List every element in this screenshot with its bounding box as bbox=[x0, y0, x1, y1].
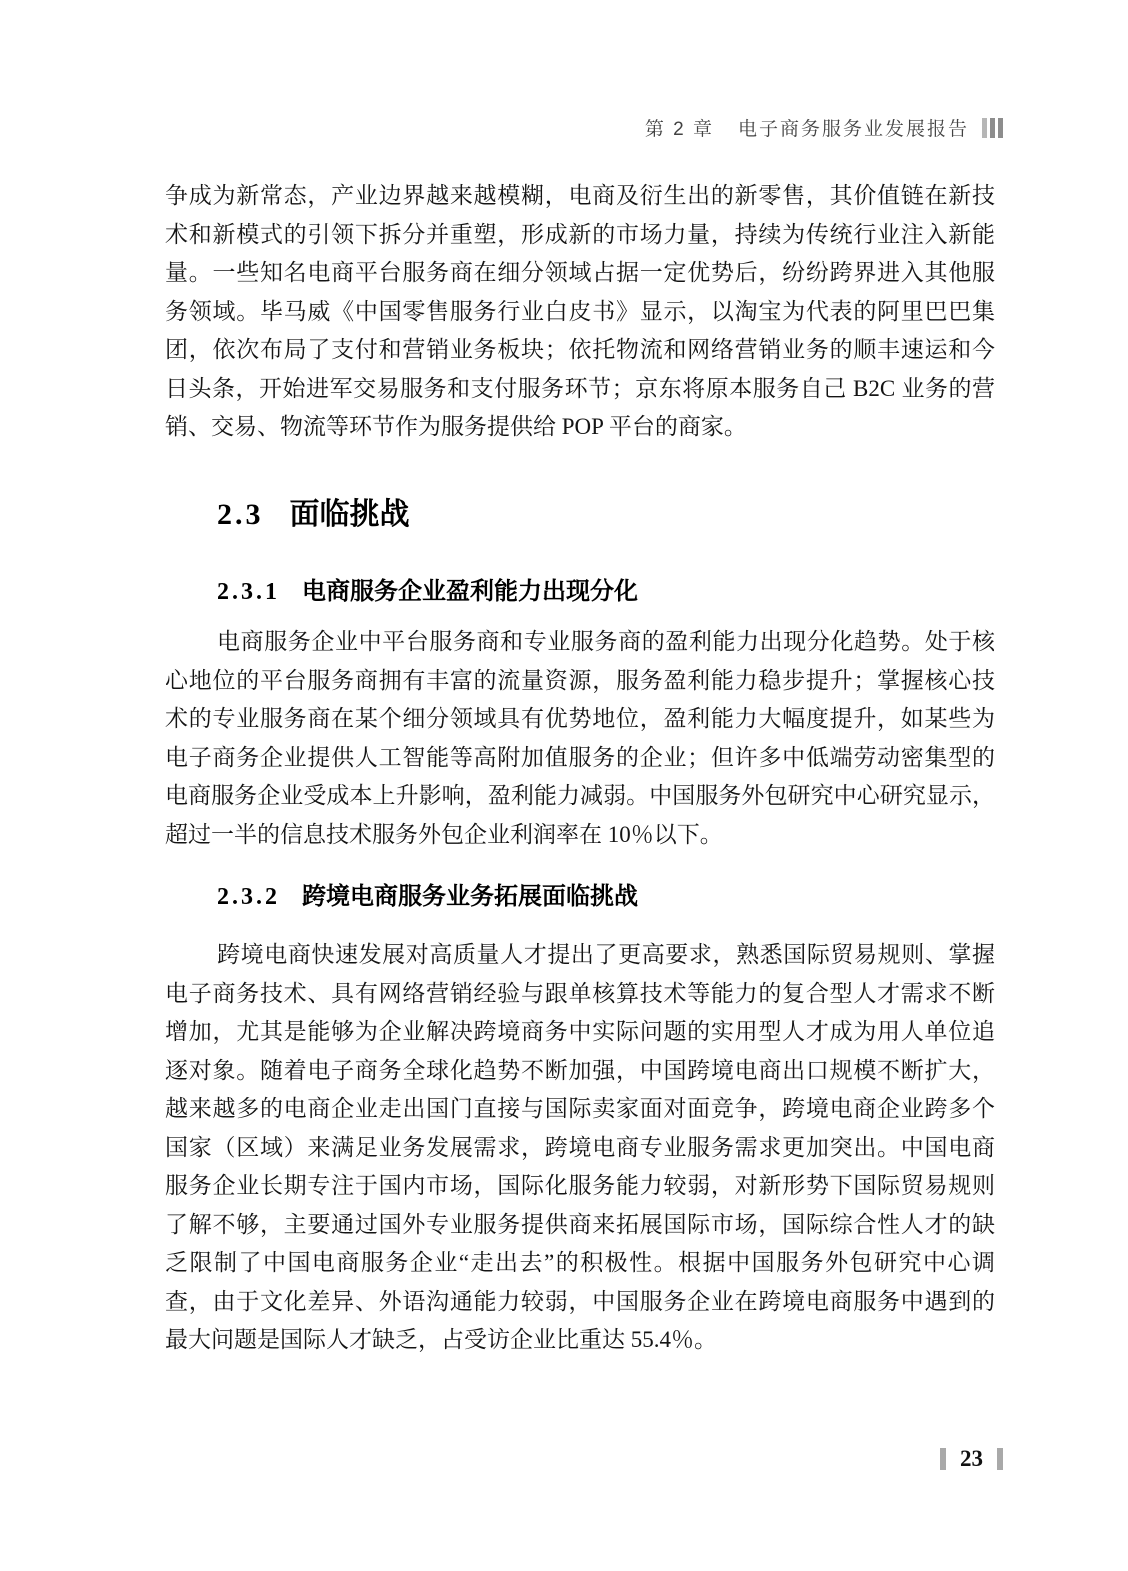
text-line: 了解不够，主要通过国外专业服务提供商来拓展国际市场，国际综合性人才的缺 bbox=[165, 1206, 995, 1245]
text-line: 跨境电商快速发展对高质量人才提出了更高要求，熟悉国际贸易规则、掌握 bbox=[165, 936, 995, 975]
text-line: 增加，尤其是能够为企业解决跨境商务中实际问题的实用型人才成为用人单位追 bbox=[165, 1013, 995, 1052]
subsection-heading-2-3-1: 2.3.1电商服务企业盈利能力出现分化 bbox=[217, 571, 638, 606]
section-number: 2.3 bbox=[217, 498, 264, 531]
text-line: 逐对象。随着电子商务全球化趋势不断加强，中国跨境电商出口规模不断扩大， bbox=[165, 1052, 995, 1091]
paragraph-3: 跨境电商快速发展对高质量人才提出了更高要求，熟悉国际贸易规则、掌握 电子商务技术… bbox=[165, 936, 995, 1360]
text-line: 服务企业长期专注于国内市场，国际化服务能力较弱，对新形势下国际贸易规则 bbox=[165, 1167, 995, 1206]
running-header: 第 2 章 电子商务服务业发展报告 bbox=[645, 114, 1003, 141]
bar-icon bbox=[982, 118, 987, 138]
running-header-title: 电子商务服务业发展报告 bbox=[738, 114, 969, 141]
text-line: 国家（区域）来满足业务发展需求，跨境电商专业服务需求更加突出。中国电商 bbox=[165, 1129, 995, 1168]
subsection-title: 电商服务企业盈利能力出现分化 bbox=[302, 578, 638, 605]
text-line: 查，由于文化差异、外语沟通能力较弱，中国服务企业在跨境电商服务中遇到的 bbox=[165, 1283, 995, 1322]
text-line: 电子商务企业提供人工智能等高附加值服务的企业；但许多中低端劳动密集型的 bbox=[165, 739, 995, 778]
subsection-title: 跨境电商服务业务拓展面临挑战 bbox=[302, 883, 638, 910]
bar-icon bbox=[990, 118, 995, 138]
vertical-bar-icon bbox=[997, 1448, 1003, 1470]
text-line: 团，依次布局了支付和营销业务板块；依托物流和网络营销业务的顺丰速运和今 bbox=[165, 331, 995, 370]
text-line: 量。一些知名电商平台服务商在细分领域占据一定优势后，纷纷跨界进入其他服 bbox=[165, 254, 995, 293]
text-line: 日头条，开始进军交易服务和支付服务环节；京东将原本服务自己 B2C 业务的营 bbox=[165, 370, 995, 409]
page-footer: 23 bbox=[940, 1446, 1003, 1472]
text-line: 超过一半的信息技术服务外包企业利润率在 10％以下。 bbox=[165, 816, 995, 855]
vertical-bar-icon bbox=[940, 1448, 946, 1470]
subsection-number: 2.3.1 bbox=[217, 579, 280, 605]
text-line: 最大问题是国际人才缺乏，占受访企业比重达 55.4％。 bbox=[165, 1321, 995, 1360]
text-line: 电子商务技术、具有网络营销经验与跟单核算技术等能力的复合型人才需求不断 bbox=[165, 975, 995, 1014]
chapter-label: 第 2 章 bbox=[645, 114, 714, 141]
section-title: 面临挑战 bbox=[290, 498, 410, 531]
text-line: 争成为新常态，产业边界越来越模糊，电商及衍生出的新零售，其价值链在新技 bbox=[165, 177, 995, 216]
section-heading-2-3: 2.3面临挑战 bbox=[217, 489, 410, 533]
text-line: 乏限制了中国电商服务企业“走出去”的积极性。根据中国服务外包研究中心调 bbox=[165, 1244, 995, 1283]
text-line: 销、交易、物流等环节作为服务提供给 POP 平台的商家。 bbox=[165, 408, 995, 447]
subsection-heading-2-3-2: 2.3.2跨境电商服务业务拓展面临挑战 bbox=[217, 876, 638, 911]
document-page: 第 2 章 电子商务服务业发展报告 争成为新常态，产业边界越来越模糊，电商及衍生… bbox=[0, 0, 1128, 1571]
text-line: 务领域。毕马威《中国零售服务行业白皮书》显示，以淘宝为代表的阿里巴巴集 bbox=[165, 293, 995, 332]
paragraph-1: 争成为新常态，产业边界越来越模糊，电商及衍生出的新零售，其价值链在新技 术和新模… bbox=[165, 177, 995, 447]
subsection-number: 2.3.2 bbox=[217, 884, 280, 910]
text-line: 术和新模式的引领下拆分并重塑，形成新的市场力量，持续为传统行业注入新能 bbox=[165, 216, 995, 255]
text-line: 心地位的平台服务商拥有丰富的流量资源，服务盈利能力稳步提升；掌握核心技 bbox=[165, 662, 995, 701]
text-line: 电商服务企业中平台服务商和专业服务商的盈利能力出现分化趋势。处于核 bbox=[165, 623, 995, 662]
text-line: 越来越多的电商企业走出国门直接与国际卖家面对面竞争，跨境电商企业跨多个 bbox=[165, 1090, 995, 1129]
triple-vertical-bars-icon bbox=[979, 118, 1003, 138]
paragraph-2: 电商服务企业中平台服务商和专业服务商的盈利能力出现分化趋势。处于核 心地位的平台… bbox=[165, 623, 995, 854]
page-number: 23 bbox=[960, 1446, 983, 1472]
bar-icon bbox=[998, 118, 1003, 138]
text-line: 术的专业服务商在某个细分领域具有优势地位，盈利能力大幅度提升，如某些为 bbox=[165, 700, 995, 739]
text-line: 电商服务企业受成本上升影响，盈利能力减弱。中国服务外包研究中心研究显示， bbox=[165, 777, 995, 816]
